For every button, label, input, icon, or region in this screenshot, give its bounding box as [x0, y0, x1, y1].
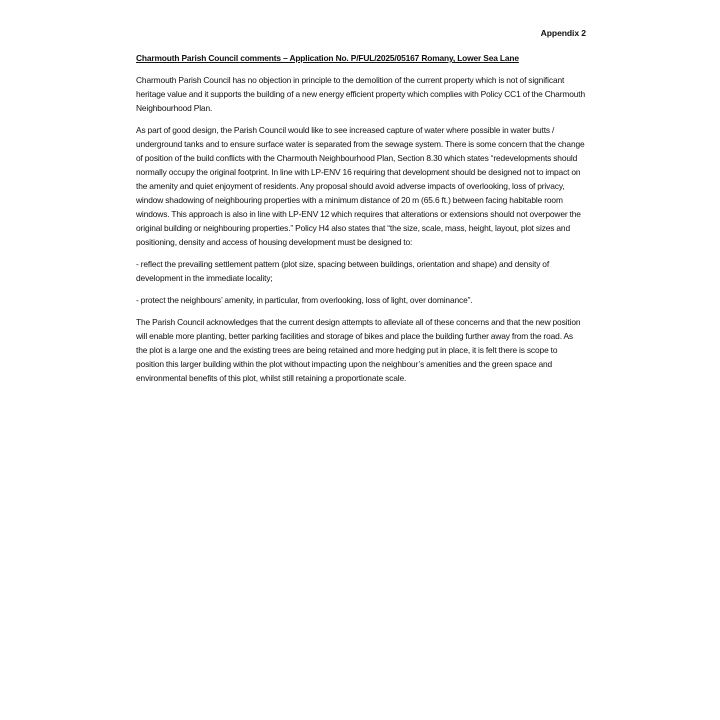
document-page: Appendix 2 Charmouth Parish Council comm…: [136, 28, 586, 393]
paragraph-good-design: As part of good design, the Parish Counc…: [136, 123, 586, 249]
paragraph-reflect-settlement: - reflect the prevailing settlement patt…: [136, 257, 586, 285]
appendix-label: Appendix 2: [136, 28, 586, 38]
paragraph-protect-amenity: - protect the neighbours’ amenity, in pa…: [136, 293, 586, 307]
paragraph-no-objection: Charmouth Parish Council has no objectio…: [136, 73, 586, 115]
paragraph-acknowledgement: The Parish Council acknowledges that the…: [136, 315, 586, 385]
document-title: Charmouth Parish Council comments – Appl…: [136, 53, 586, 63]
